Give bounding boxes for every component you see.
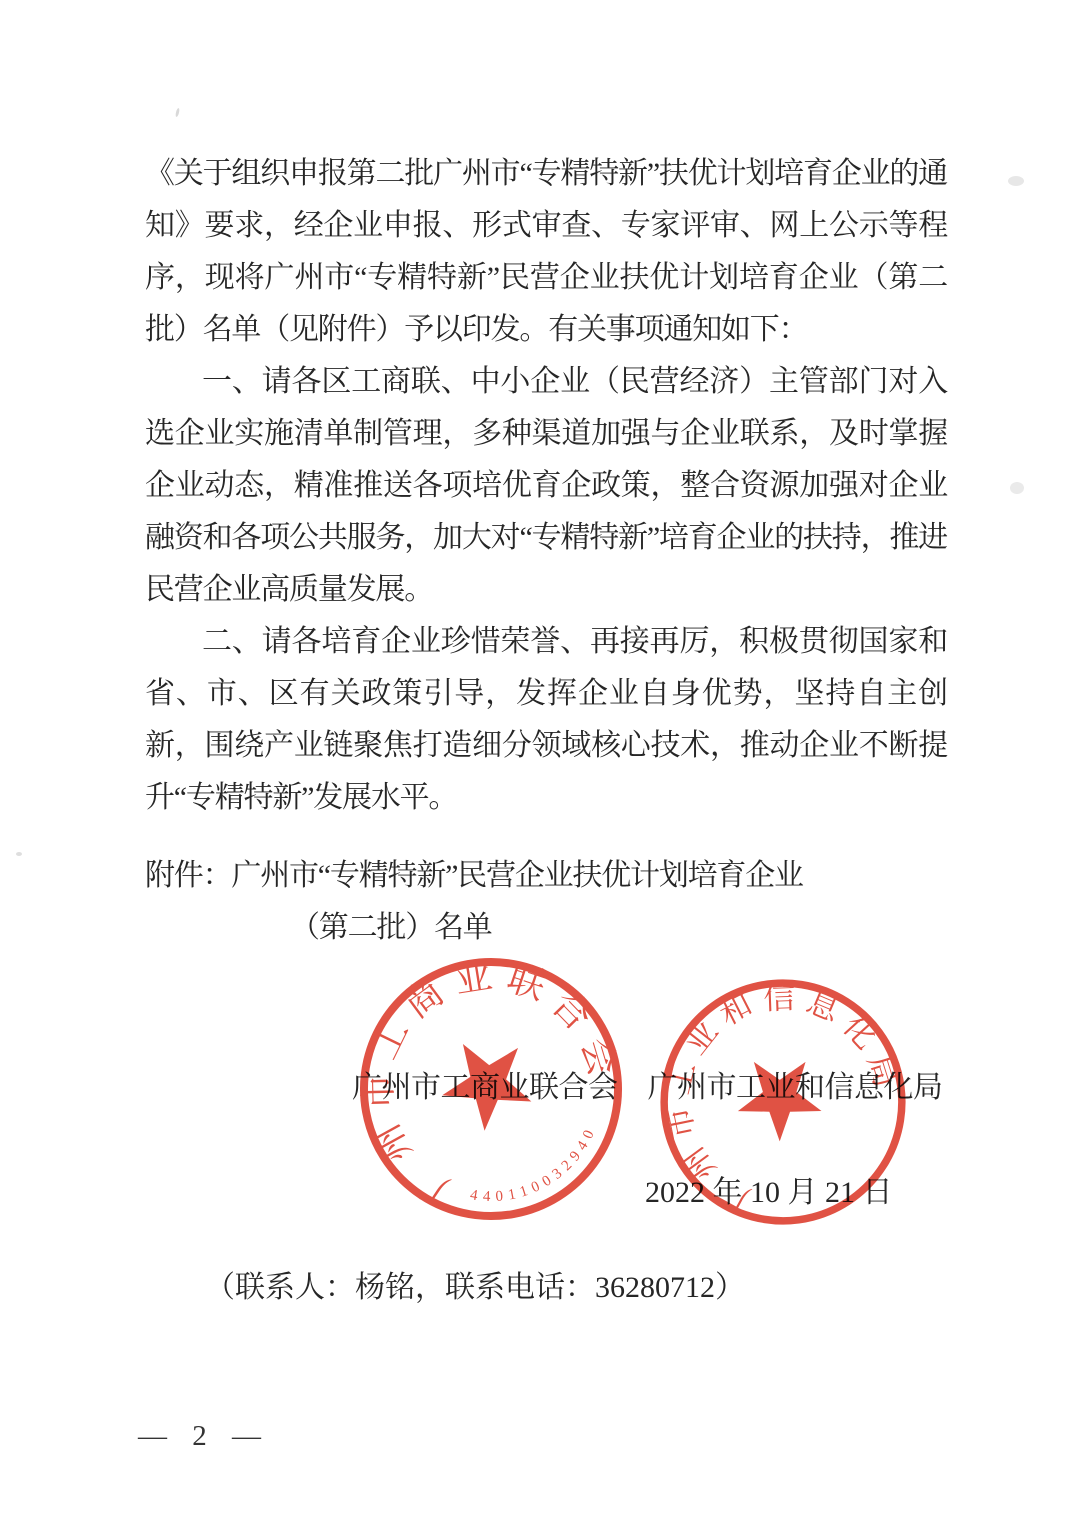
scan-artifact <box>16 852 22 856</box>
star-icon <box>720 1037 834 1151</box>
official-seal-right: 广州市工业和信息化局 <box>600 919 966 1285</box>
attachment-label: 附件： <box>145 859 231 892</box>
star-icon <box>425 1020 546 1139</box>
scan-artifact <box>1010 482 1024 494</box>
body-paragraph: 《关于组织申报第二批广州市“专精特新”扶优计划培育企业的通知》要求，经企业申报、… <box>145 148 947 356</box>
scan-artifact <box>1008 176 1024 186</box>
attachment-line-1: 附件：广州市“专精特新”民营企业扶优计划培育企业 <box>145 850 947 902</box>
body-paragraph: 二、请各培育企业珍惜荣誉、再接再厉，积极贯彻国家和省、市、区有关政策引导，发挥企… <box>145 616 947 824</box>
body-paragraph: 一、请各区工商联、中小企业（民营经济）主管部门对入选企业实施清单制管理，多种渠道… <box>145 356 947 616</box>
contact-info: （联系人：杨铭，联系电话：36280712） <box>205 1262 745 1306</box>
document-page: 《关于组织申报第二批广州市“专精特新”扶优计划培育企业的通知》要求，经企业申报、… <box>0 0 1080 1527</box>
seal-stamp-icon: 广州市工业和信息化局 <box>600 919 966 1285</box>
document-body: 《关于组织申报第二批广州市“专精特新”扶优计划培育企业的通知》要求，经企业申报、… <box>145 148 947 954</box>
scan-artifact <box>175 108 180 117</box>
page-number: — 2 — <box>138 1420 270 1453</box>
attachment-title: 广州市“专精特新”民营企业扶优计划培育企业 <box>231 859 802 892</box>
